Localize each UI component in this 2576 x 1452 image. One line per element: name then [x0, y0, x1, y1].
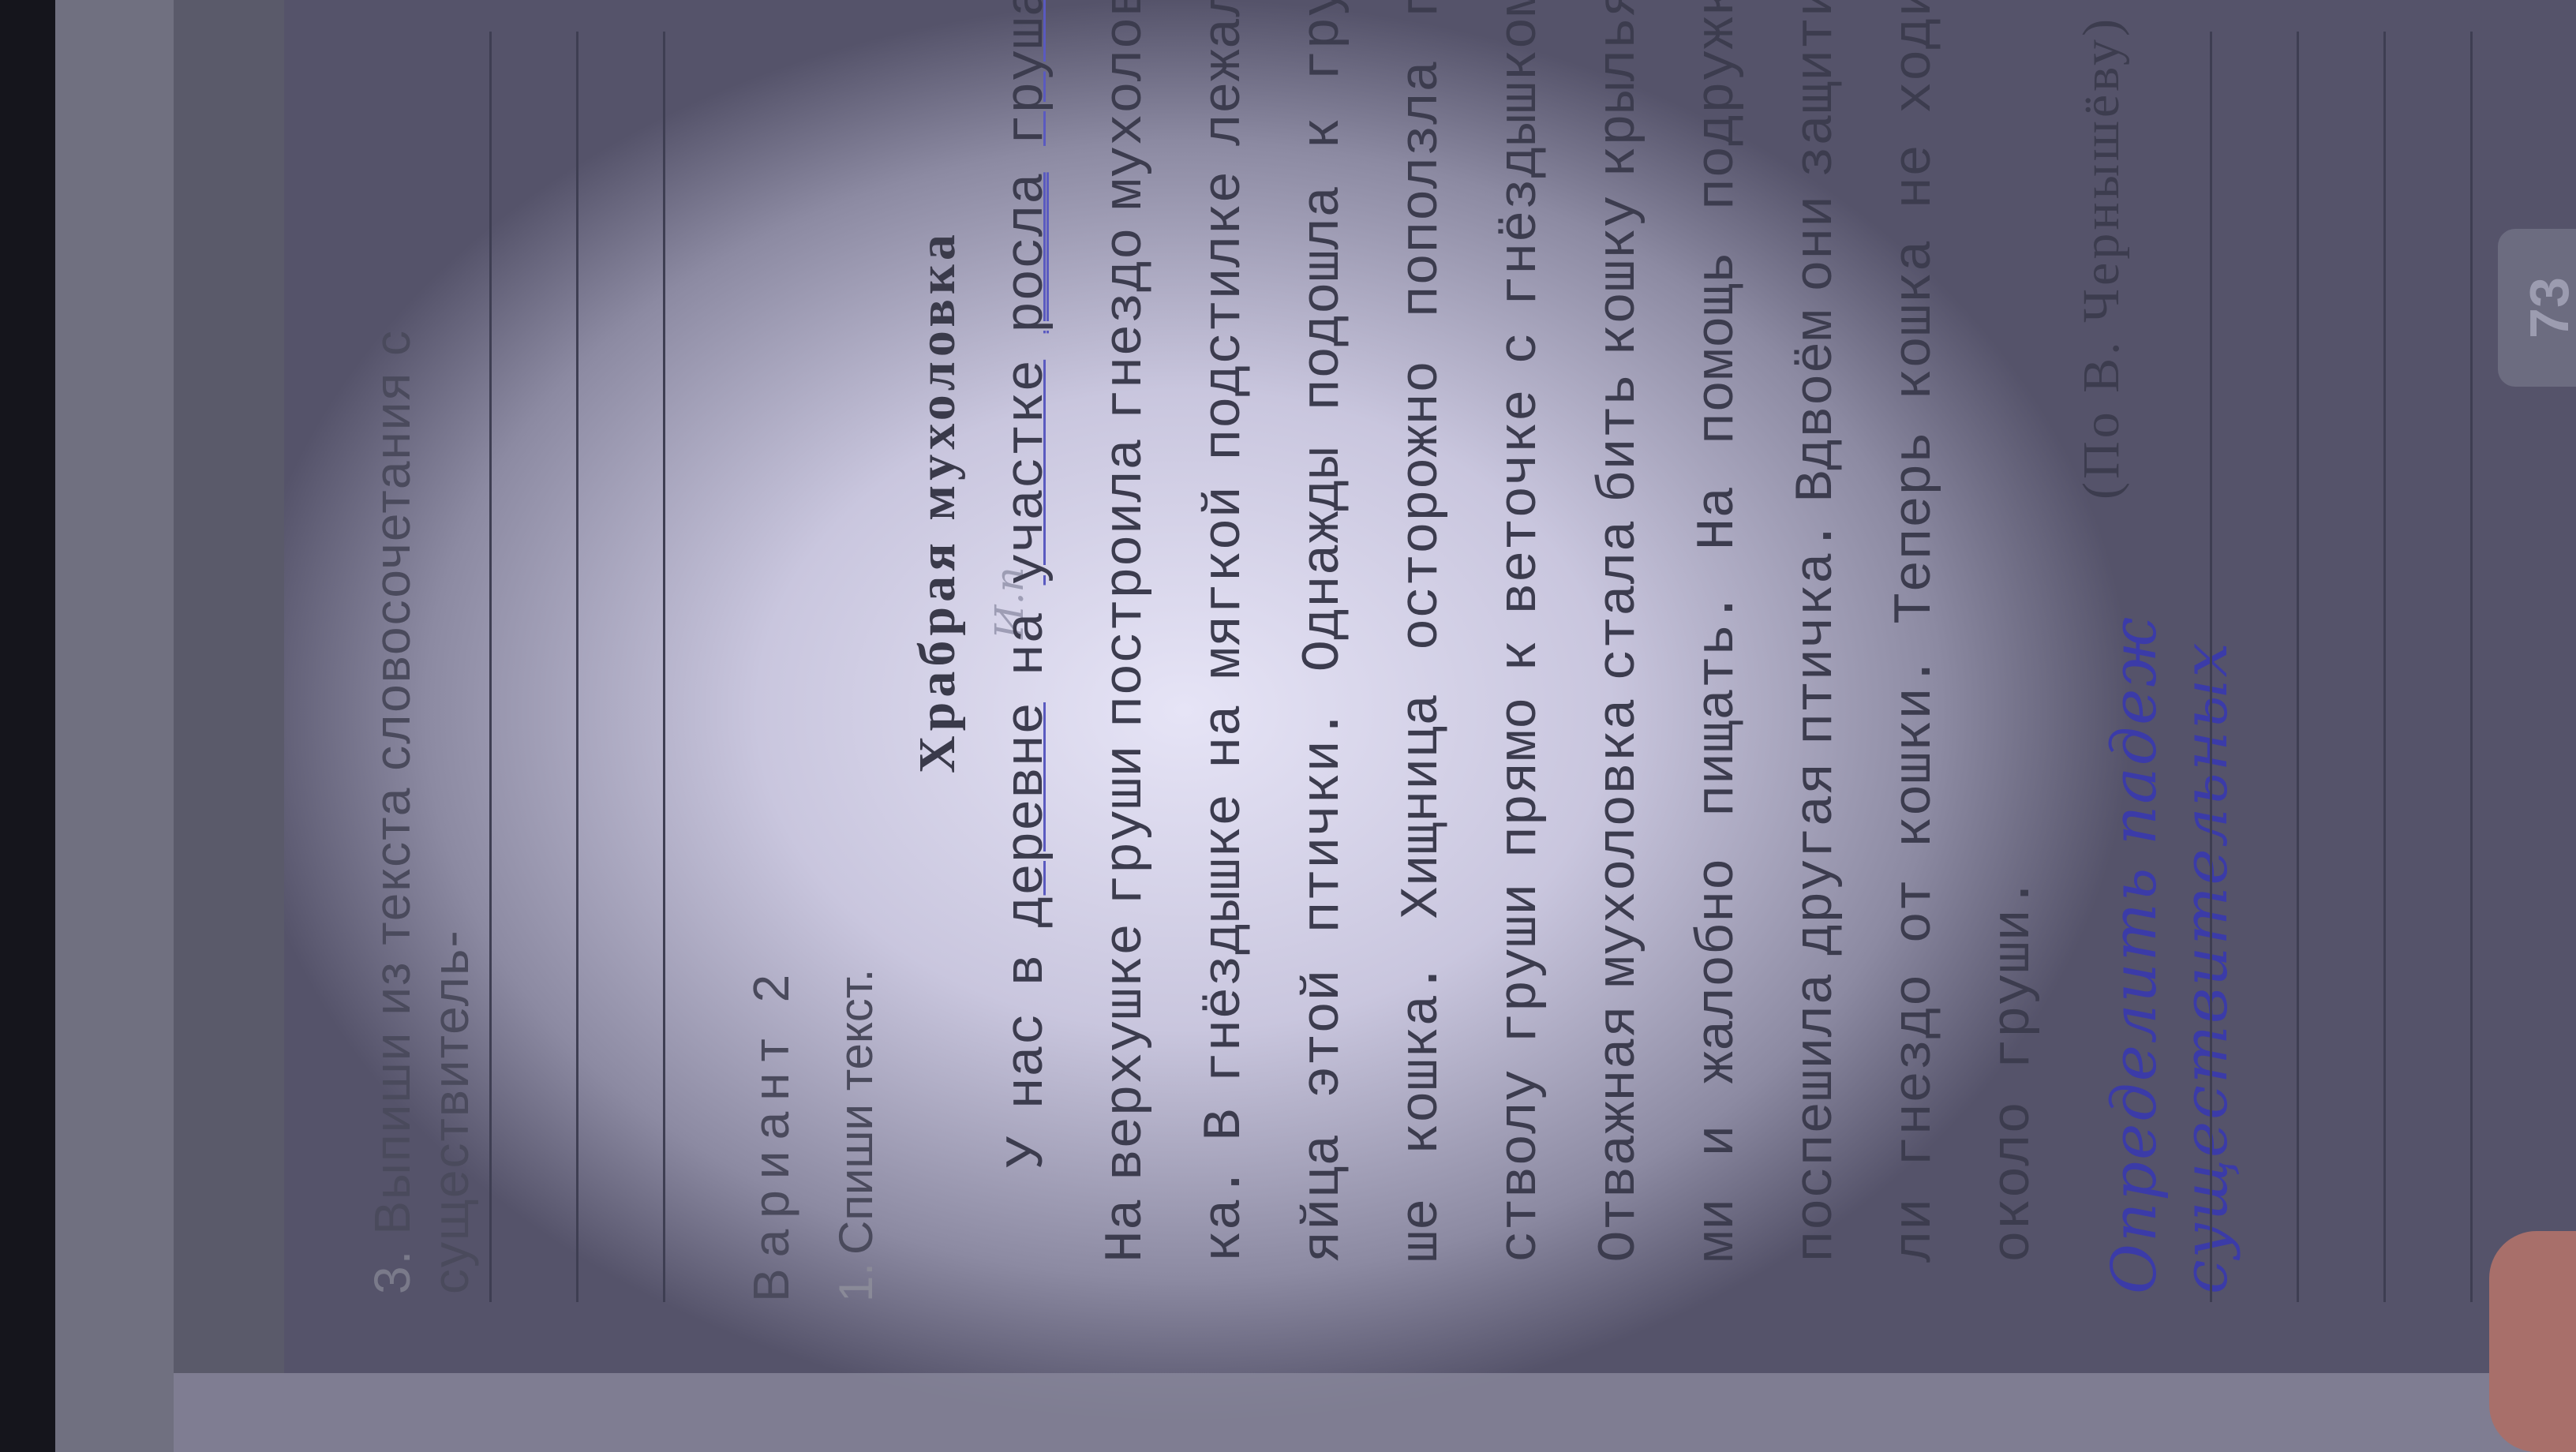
story-word: к [1472, 640, 1571, 672]
story-word: ми [1669, 1198, 1768, 1263]
story-word: стала [1571, 520, 1669, 681]
story-line: шекошка.Хищницаосторожнопоползлапо [1373, 0, 1472, 1263]
answer-line [2383, 32, 2386, 1302]
story-word: другая [1768, 762, 1866, 956]
workbook-page: 3.Выпиши из текста словосочетания с суще… [284, 0, 2573, 1373]
story-word: груша. [979, 0, 1077, 146]
story-word: с [1472, 332, 1571, 365]
story-word: У [979, 1136, 1077, 1168]
story-line: Наверхушкегрушипостроилагнездомухолов- [1077, 0, 1176, 1263]
task-number: 1. [829, 1263, 882, 1302]
story-word: ка. [1176, 1166, 1275, 1263]
story-word: Теперь [1866, 432, 1965, 625]
story-line: ка.Вгнёздышкенамягкойподстилкележали [1176, 0, 1275, 1263]
story-text: Унасвдеревненаучасткерослагруша.Наверхуш… [979, 0, 2064, 1263]
story-word: к [1275, 118, 1373, 150]
story-line: лигнездооткошки.Теперькошканеходит [1866, 0, 1965, 1263]
decorative-border [174, 1373, 2576, 1452]
story-word: на [979, 612, 1077, 676]
story-word: прямо [1472, 697, 1571, 858]
task-3: 3.Выпиши из текста словосочетания с суще… [363, 0, 480, 1294]
story-word: бить [1571, 373, 1669, 502]
story-word: подошла [1275, 185, 1373, 411]
story-word: в [979, 954, 1077, 986]
story-line: поспешиладругаяптичка.Вдвоёмонизащити- [1768, 0, 1866, 1263]
page-header-band [174, 0, 284, 1373]
story-word: Отважная [1571, 1005, 1669, 1263]
story-line: яйцаэтойптички.Однаждыподошлакгру- [1275, 0, 1373, 1263]
story-title: Храбрая мухоловка [908, 230, 968, 773]
story-word: ше [1373, 1198, 1472, 1263]
story-word: участке [979, 360, 1077, 586]
story-word: Вдвоём [1768, 309, 1866, 503]
story-line: стволугрушипрямокветочкесгнёздышком. [1472, 0, 1571, 1263]
story-word: гнёздышком. [1472, 0, 1571, 307]
story-word: помощь [1669, 252, 1768, 445]
story-word: поспешила [1768, 973, 1866, 1263]
story-word: груши [1472, 883, 1571, 1044]
story-word: груши [1077, 745, 1176, 906]
story-line: Унасвдеревненаучасткерослагруша. [979, 0, 1077, 1263]
story-word: этой [1275, 969, 1373, 1098]
story-word: они [1768, 196, 1866, 292]
story-word: нас [979, 1012, 1077, 1109]
story-word: верхушке [1077, 923, 1176, 1181]
page-number: 73 [2498, 229, 2576, 387]
story-word: и [1669, 1125, 1768, 1157]
story-word: веточке [1472, 389, 1571, 615]
story-line: Отважнаямухоловкасталабитькошкукрылья- [1571, 0, 1669, 1263]
story-word: от [1866, 879, 1965, 944]
story-line: окологруши. [1965, 0, 2064, 1263]
story-word: Однажды [1275, 447, 1373, 672]
story-word: На [1669, 486, 1768, 551]
story-word: мухолов- [1077, 0, 1176, 210]
story-word: яйца [1275, 1134, 1373, 1263]
story-word: около [1965, 1102, 2064, 1263]
story-word: защити- [1768, 0, 1866, 178]
story-word: гнездо [1866, 975, 1965, 1168]
task-text: Спиши текст. [829, 969, 882, 1255]
story-word: крылья- [1571, 0, 1669, 178]
story-word: кошку [1571, 196, 1669, 357]
story-word: жалобно [1669, 858, 1768, 1083]
story-word: мухоловка [1571, 698, 1669, 987]
story-word: В [1176, 1109, 1275, 1141]
answer-line [2470, 32, 2473, 1302]
story-word: птичка. [1768, 520, 1866, 746]
task-number: 3. [364, 1249, 421, 1294]
page-margin-strip [55, 0, 174, 1452]
story-word: не [1866, 144, 1965, 209]
answer-line [663, 32, 665, 1302]
story-line: миижалобнопищать.Напомощьподружке [1669, 0, 1768, 1263]
story-word: лежали [1176, 0, 1275, 146]
story-word: кошка. [1373, 962, 1472, 1155]
story-word: стволу [1472, 1069, 1571, 1263]
story-word: птички. [1275, 708, 1373, 934]
answer-line [2297, 32, 2299, 1302]
handwritten-note: Определить падеж существительных [2099, 0, 2241, 1294]
story-word: на [1176, 704, 1275, 769]
story-word: по [1373, 0, 1472, 17]
story-word: росла [979, 172, 1077, 333]
story-word: подружке [1669, 0, 1768, 210]
story-word: ли [1866, 1198, 1965, 1263]
answer-line [576, 32, 578, 1302]
answer-line [489, 32, 492, 1302]
story-word: деревне [979, 702, 1077, 928]
desk-edge [0, 0, 55, 1452]
story-word: осторожно [1373, 361, 1472, 650]
variant-heading: Вариант 2 [742, 964, 800, 1302]
story-word: мягкой [1176, 486, 1275, 679]
task-1: 1.Спиши текст. [829, 969, 883, 1302]
story-word: поползла [1373, 60, 1472, 317]
story-word: гнёздышке [1176, 794, 1275, 1083]
story-word: гнездо [1077, 227, 1176, 421]
story-word: кошка [1866, 240, 1965, 401]
task-text: Выпиши из текста словосочетания с сущест… [364, 329, 479, 1294]
story-word: ходит [1866, 0, 1965, 114]
story-word: гру- [1275, 0, 1373, 81]
story-word: груши. [1965, 877, 2064, 1070]
story-word: кошки. [1866, 655, 1965, 848]
story-word: На [1077, 1198, 1176, 1263]
story-word: Хищница [1373, 694, 1472, 919]
story-word: построила [1077, 438, 1176, 728]
story-word: подстилке [1176, 171, 1275, 461]
answer-line [2210, 32, 2212, 1302]
story-word: пищать. [1669, 592, 1768, 818]
